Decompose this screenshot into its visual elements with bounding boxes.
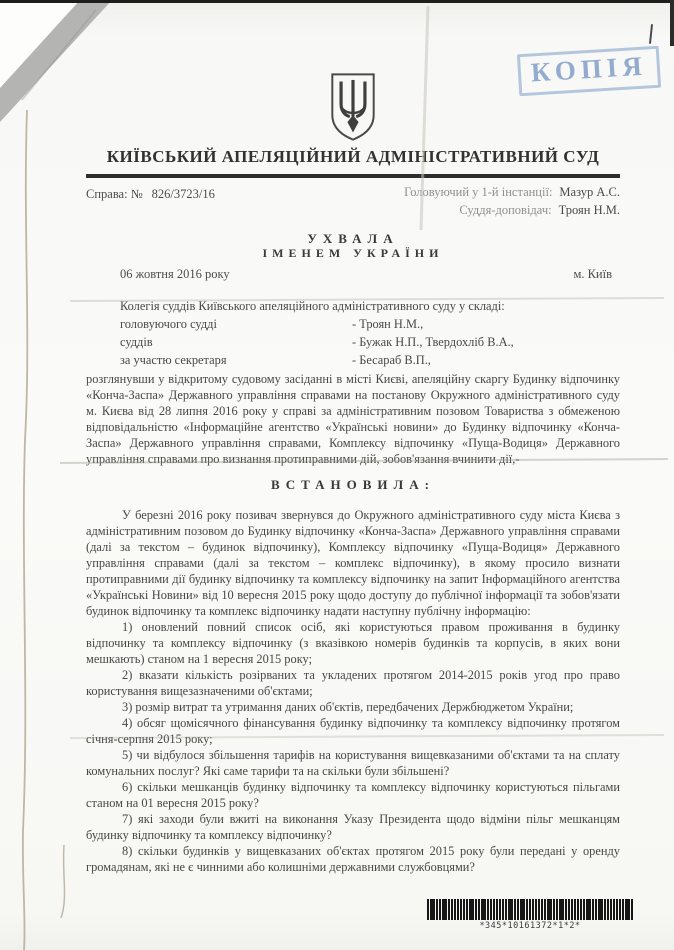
barcode-block: *345*10161372*1*2* — [427, 899, 633, 931]
copy-stamp: КОПІЯ — [517, 46, 661, 97]
request-item-8: 8) скільки будинків у вищевказаних об'єк… — [86, 843, 620, 875]
barcode-icon — [427, 899, 633, 920]
request-item-7: 7) які заходи були вжиті на виконання Ук… — [86, 811, 620, 843]
ruling-date: 06 жовтня 2016 року — [120, 267, 230, 282]
request-item-3: 3) розмір витрат та утримання даних об'є… — [86, 699, 620, 715]
case-label: Справа: № — [86, 187, 143, 201]
established-paragraph: У березні 2016 року позивач звернувся до… — [86, 507, 620, 619]
request-item-6: 6) скільки мешканців будинку відпочинку … — [86, 779, 620, 811]
rapporteur-label: Суддя-доповідач: — [459, 203, 551, 217]
panel-row-judges: суддів - Бужак Н.П., Твердохліб В.А., — [86, 333, 620, 351]
panel-row-presiding: головуючого судді - Троян Н.М., — [86, 315, 620, 333]
established-section-heading: ВСТАНОВИЛА: — [86, 477, 620, 493]
request-item-5: 5) чи відбулося збільшення тарифів на ко… — [86, 747, 620, 779]
rapporteur-judge-name: Троян Н.М. — [559, 203, 620, 217]
ruling-city: м. Київ — [573, 267, 612, 282]
document-content: КИЇВСЬКИЙ АПЕЛЯЦІЙНИЙ АДМІНІСТРАТИВНИЙ С… — [86, 0, 620, 875]
scanned-court-document: { "stamp": { "label": "КОПІЯ" }, "colors… — [0, 0, 674, 950]
court-name: КИЇВСЬКИЙ АПЕЛЯЦІЙНИЙ АДМІНІСТРАТИВНИЙ С… — [86, 147, 620, 167]
barcode-value: *345*10161372*1*2* — [427, 921, 633, 931]
request-item-4: 4) обсяг щомісячного фінансування будинк… — [86, 715, 620, 747]
header-divider-rule — [86, 174, 620, 178]
panel-role: головуючого судді — [86, 315, 352, 333]
panel-role: за участю секретаря — [86, 351, 352, 369]
presiding-judge-name: Мазур А.С. — [559, 185, 620, 199]
panel-names: - Троян Н.М., — [352, 315, 423, 333]
case-number: 826/3723/16 — [152, 187, 215, 201]
presiding-first-instance-line: Головуючий у 1-й інстанції:Мазур А.С. — [404, 184, 620, 202]
judge-rapporteur-line: Суддя-доповідач:Троян Н.М. — [404, 202, 620, 220]
panel-names: - Бужак Н.П., Твердохліб В.А., — [352, 333, 514, 351]
request-item-2: 2) вказати кількість розірваних та уклад… — [86, 667, 620, 699]
in-the-name-of-ukraine-title: ІМЕНЕМ УКРАЇНИ — [86, 246, 620, 261]
panel-row-secretary: за участю секретаря - Бесараб В.П., — [86, 351, 620, 369]
presiding-label: Головуючий у 1-й інстанції: — [404, 185, 552, 199]
ukraine-trident-emblem — [325, 72, 381, 142]
case-header-row: Справа: №826/3723/16 Головуючий у 1-й ін… — [86, 184, 620, 219]
judges-header-block: Головуючий у 1-й інстанції:Мазур А.С. Су… — [404, 184, 620, 219]
panel-names: - Бесараб В.П., — [352, 351, 431, 369]
case-number-line: Справа: №826/3723/16 — [86, 184, 215, 219]
panel-intro-line: Колегія суддів Київського апеляційного а… — [86, 297, 620, 315]
request-item-1: 1) оновлений повний список осіб, які кор… — [86, 619, 620, 667]
panel-role: суддів — [86, 333, 352, 351]
preamble-paragraph: розглянувши у відкритому судовому засіда… — [86, 371, 620, 467]
scanner-edge-right — [670, 0, 674, 46]
document-type-title: УХВАЛА — [86, 231, 620, 246]
date-city-row: 06 жовтня 2016 року м. Київ — [86, 267, 620, 282]
judicial-panel-block: Колегія суддів Київського апеляційного а… — [86, 297, 620, 369]
